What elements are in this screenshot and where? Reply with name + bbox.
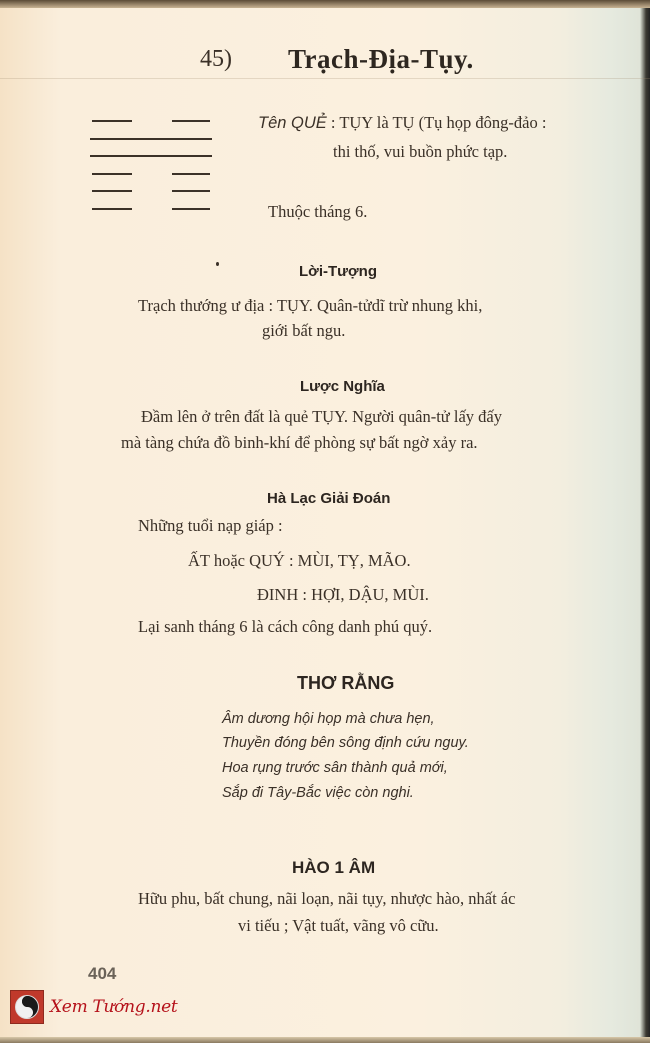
- paragraph-line: Trạch thướng ư địa : TỤY. Quân-tửdĩ trừ …: [138, 296, 482, 316]
- paragraph-line: vi tiếu ; Vật tuất, vãng vô cữu.: [238, 916, 439, 936]
- nap-giap-line: ĐINH : HỢI, DẬU, MÙI.: [257, 585, 429, 605]
- section-heading-ha-lac: Hà Lạc Giải Đoán: [267, 490, 390, 507]
- paragraph-line: Lại sanh tháng 6 là cách công danh phú q…: [138, 617, 432, 637]
- ink-speck: [216, 262, 219, 266]
- paragraph-line: Những tuổi nạp giáp :: [138, 516, 283, 536]
- section-heading-luoc-nghia: Lược Nghĩa: [300, 378, 385, 395]
- month-line: Thuộc tháng 6.: [268, 202, 367, 222]
- watermark-logo: Xem Tướng.net: [10, 990, 177, 1024]
- gua-description-cont: thi thố, vui buồn phức tạp.: [333, 142, 507, 162]
- gua-label: Tên QUẺ: [258, 114, 327, 132]
- scanned-book-page: 45) Trạch-Địa-Tụy. Tên QUẺ : TỤY là TỤ (…: [0, 0, 650, 1043]
- section-heading-hao-1: HÀO 1 ÂM: [292, 858, 375, 878]
- page-bottom-edge: [0, 1037, 650, 1043]
- watermark-text: Xem Tướng.net: [50, 997, 177, 1017]
- paragraph-line: mà tàng chứa đồ binh-khí để phòng sự bất…: [121, 433, 478, 453]
- poem-verse: Hoa rụng trước sân thành quả mới,: [222, 760, 448, 776]
- poem-verse: Âm dương hội họp mà chưa hẹn,: [222, 711, 435, 727]
- section-heading-loi-tuong: Lời-Tượng: [299, 263, 377, 280]
- poem-heading: THƠ RẰNG: [297, 673, 394, 694]
- paragraph-line: giới bất ngu.: [262, 321, 345, 341]
- hexagram-line-yang: [90, 155, 212, 157]
- hexagram-icon: [90, 120, 212, 225]
- nap-giap-line: ẤT hoặc QUÝ : MÙI, TỴ, MÃO.: [188, 551, 411, 571]
- gua-name-line: Tên QUẺ : TỤY là TỤ (Tụ họp đông-đảo :: [258, 113, 546, 133]
- hexagram-line-yang: [90, 138, 212, 140]
- hexagram-line-yin: [90, 120, 212, 122]
- yin-yang-icon: [15, 995, 39, 1019]
- hexagram-line-yin: [90, 190, 212, 192]
- hexagram-line-yin: [90, 173, 212, 175]
- page-number: 404: [88, 964, 116, 984]
- paragraph-line: Hữu phu, bất chung, nãi loạn, nãi tụy, n…: [138, 889, 515, 909]
- page-top-edge: [0, 0, 650, 8]
- poem-verse: Sắp đi Tây-Bắc việc còn nghi.: [222, 785, 414, 801]
- hexagram-line-yin: [90, 208, 212, 210]
- poem-verse: Thuyền đóng bên sông định cứu nguy.: [222, 735, 469, 751]
- paragraph-line: Đầm lên ở trên đất là quẻ TỤY. Người quâ…: [141, 407, 502, 427]
- chapter-number: 45): [200, 46, 232, 73]
- chapter-title: Trạch-Địa-Tụy.: [288, 44, 474, 75]
- paper-fold-line: [0, 78, 650, 79]
- logo-box: [10, 990, 44, 1024]
- gua-description: : TỤY là TỤ (Tụ họp đông-đảo :: [331, 113, 547, 132]
